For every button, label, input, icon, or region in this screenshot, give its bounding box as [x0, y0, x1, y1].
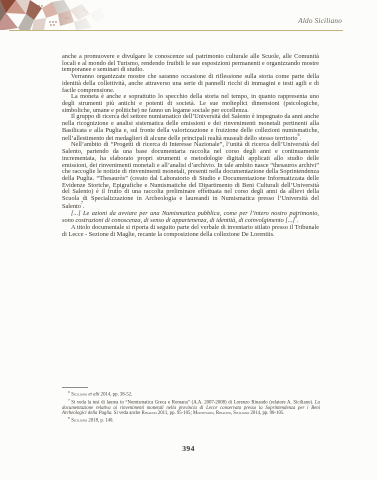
quote-text: [...] Le azioni da avviare per una Numis… [62, 210, 319, 225]
footnote-text: 2018, p. 140. [87, 419, 113, 424]
block-quote: [...] Le azioni da avviare per una Numis… [62, 211, 319, 225]
footnotes-block: 6Siciliano et alii 2014, pp. 38-52. 7Si … [62, 387, 320, 426]
footnote-text: 2011, pp. 95-105; [157, 411, 193, 416]
footnote-7: 7Si veda la tesi di laurea in “Numismati… [62, 400, 320, 417]
footnote-author: Siciliano [71, 393, 87, 398]
paragraph: La moneta è anche e soprattutto lo specc… [62, 94, 319, 114]
paragraph: anche a promuovere e divulgare le conosc… [62, 54, 319, 74]
body-text: anche a promuovere e divulgare le conosc… [62, 54, 319, 238]
paragraph-text: Il gruppo di ricerca del settore numisma… [62, 113, 319, 141]
running-header-author: Aldo Siciliano [298, 17, 342, 25]
footnote-8: 8Siciliano 2018, p. 140. [62, 418, 320, 424]
paragraph-text: anche a promuovere e divulgare le conosc… [62, 53, 319, 73]
paragraph: A titolo documentale si riporta di segui… [62, 225, 319, 238]
paragraph-text: Nell’ambito di “Progetti di ricerca di I… [62, 141, 319, 209]
footnote-text: et alii [87, 393, 100, 398]
paragraph: Nell’ambito di “Progetti di ricerca di I… [62, 142, 319, 210]
footnote-text: 2014, pp. 98-105. [249, 411, 284, 416]
footnote-6: 6Siciliano et alii 2014, pp. 38-52. [62, 392, 320, 398]
page-number: 394 [0, 444, 377, 453]
footnote-marker: 6 [68, 390, 70, 394]
footnote-separator [62, 387, 88, 388]
paragraph: Verranno organizzate mostre che saranno … [62, 74, 319, 94]
footnote-author: Rinaudo [142, 411, 157, 416]
diamond-mosaic-graphic [0, 0, 122, 30]
scanned-page: Aldo Siciliano anche a promuovere e divu… [0, 0, 377, 480]
footnote-text: Si veda anche [113, 411, 142, 416]
footnote-text: 2014, pp. 38-52. [101, 393, 133, 398]
footnote-marker: 7 [68, 398, 70, 402]
paragraph-text: La moneta è anche e soprattutto lo specc… [62, 93, 319, 113]
paragraph-text: Verranno organizzate mostre che saranno … [62, 73, 319, 93]
header-decoration-image [0, 0, 122, 30]
footnote-marker: 8 [68, 416, 70, 420]
footnote-author: Siciliano [71, 419, 87, 424]
footnote-text: Si veda la tesi di laurea in “Numismatic… [71, 400, 315, 405]
paragraph-text: A titolo documentale si riporta di segui… [62, 224, 319, 238]
footnote-author: Montesano, Rinaudo, Siciliano [193, 411, 249, 416]
header-rule [9, 30, 343, 31]
paragraph: Il gruppo di ricerca del settore numisma… [62, 114, 319, 142]
